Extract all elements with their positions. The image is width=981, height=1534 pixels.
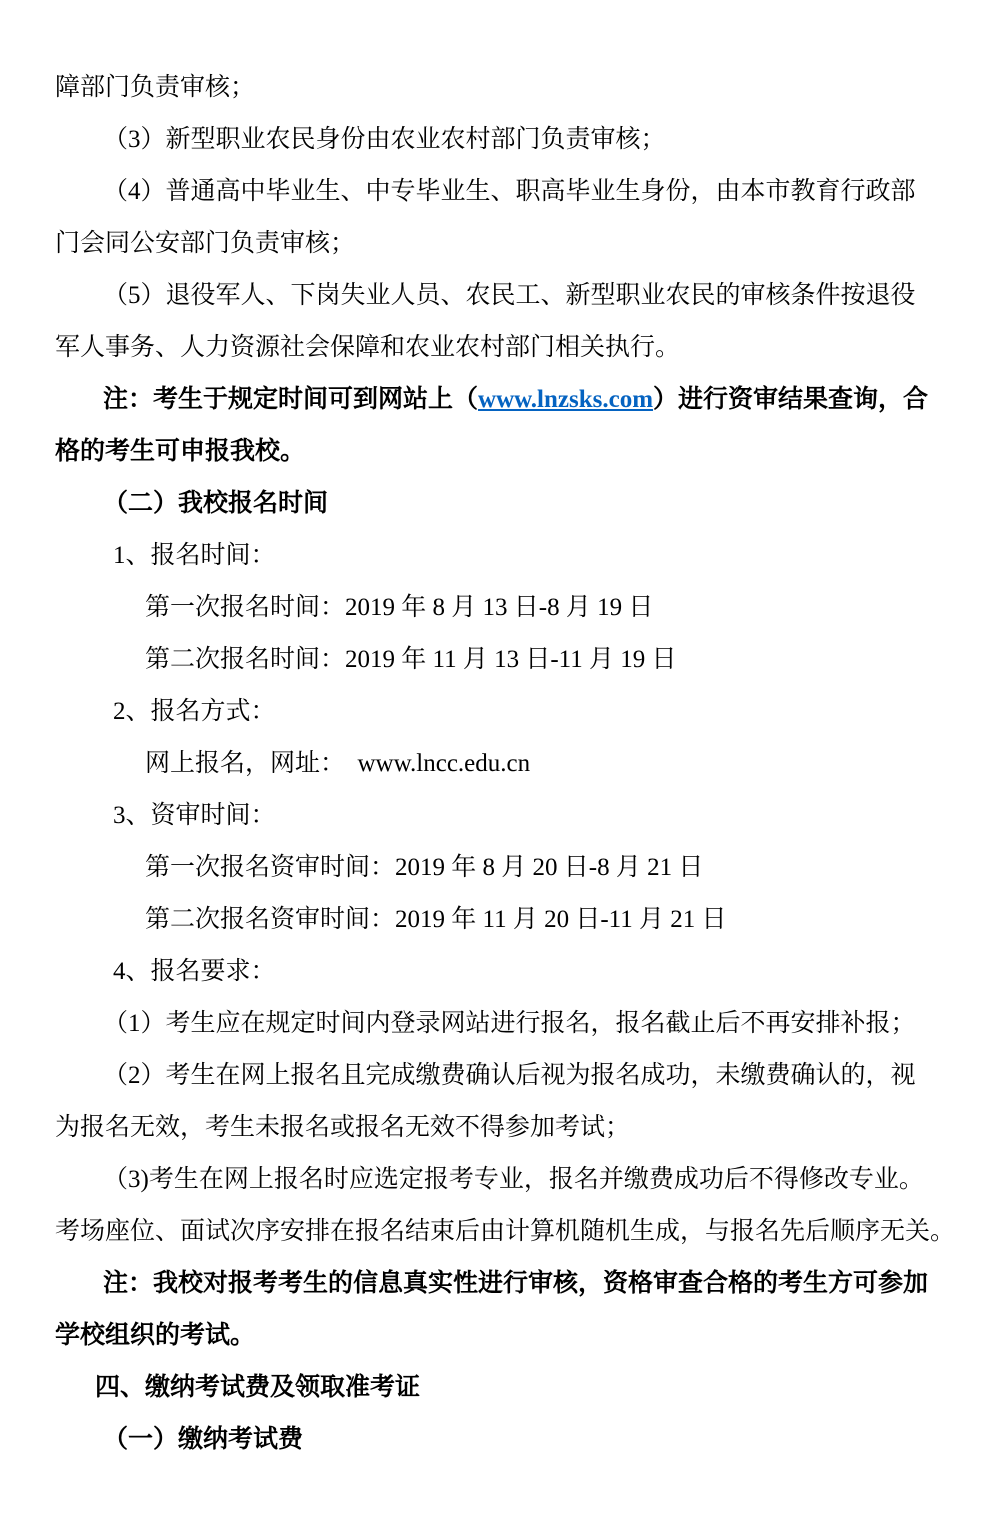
document-line: （二）我校报名时间 (55, 478, 927, 530)
document-line: （一）缴纳考试费 (55, 1414, 927, 1466)
document-line: （5）退役军人、下岗失业人员、农民工、新型职业农民的审核条件按退役 (55, 270, 927, 322)
document-line: 第一次报名时间：2019 年 8 月 13 日-8 月 19 日 (55, 582, 927, 634)
document-page: 障部门负责审核；（3）新型职业农民身份由农业农村部门负责审核；（4）普通高中毕业… (0, 0, 981, 1534)
document-line: （2）考生在网上报名且完成缴费确认后视为报名成功，未缴费确认的，视 (55, 1050, 927, 1102)
document-line: （3)考生在网上报名时应选定报考专业，报名并缴费成功后不得修改专业。 (55, 1154, 927, 1206)
document-line: 注：我校对报考考生的信息真实性进行审核，资格审查合格的考生方可参加 (55, 1258, 927, 1310)
document-line: 军人事务、人力资源社会保障和农业农村部门相关执行。 (55, 322, 927, 374)
document-line: 格的考生可申报我校。 (55, 426, 927, 478)
document-line: 为报名无效，考生未报名或报名无效不得参加考试； (55, 1102, 927, 1154)
document-line: 2、报名方式： (55, 686, 927, 738)
text-run: 注：考生于规定时间可到网站上（ (103, 386, 478, 413)
document-line: （1）考生应在规定时间内登录网站进行报名，报名截止后不再安排补报； (55, 998, 927, 1050)
document-line: 注：考生于规定时间可到网站上（www.lnzsks.com）进行资审结果查询，合 (55, 374, 927, 426)
document-line: 学校组织的考试。 (55, 1310, 927, 1362)
document-line: 四、缴纳考试费及领取准考证 (55, 1362, 927, 1414)
lnzsks-link[interactable]: www.lnzsks.com (478, 386, 653, 413)
document-line: 障部门负责审核； (55, 62, 927, 114)
document-line: 1、报名时间： (55, 530, 927, 582)
document-line: 考场座位、面试次序安排在报名结束后由计算机随机生成，与报名先后顺序无关。 (55, 1206, 927, 1258)
document-line: 门会同公安部门负责审核； (55, 218, 927, 270)
document-line: 3、资审时间： (55, 790, 927, 842)
document-line: （4）普通高中毕业生、中专毕业生、职高毕业生身份，由本市教育行政部 (55, 166, 927, 218)
document-line: 网上报名，网址： www.lncc.edu.cn (55, 738, 927, 790)
document-line: （3）新型职业农民身份由农业农村部门负责审核； (55, 114, 927, 166)
document-line: 第二次报名资审时间：2019 年 11 月 20 日-11 月 21 日 (55, 894, 927, 946)
document-line: 第一次报名资审时间：2019 年 8 月 20 日-8 月 21 日 (55, 842, 927, 894)
document-line: 4、报名要求： (55, 946, 927, 998)
document-body: 障部门负责审核；（3）新型职业农民身份由农业农村部门负责审核；（4）普通高中毕业… (55, 62, 927, 1466)
text-run: ）进行资审结果查询，合 (653, 386, 928, 413)
document-line: 第二次报名时间：2019 年 11 月 13 日-11 月 19 日 (55, 634, 927, 686)
